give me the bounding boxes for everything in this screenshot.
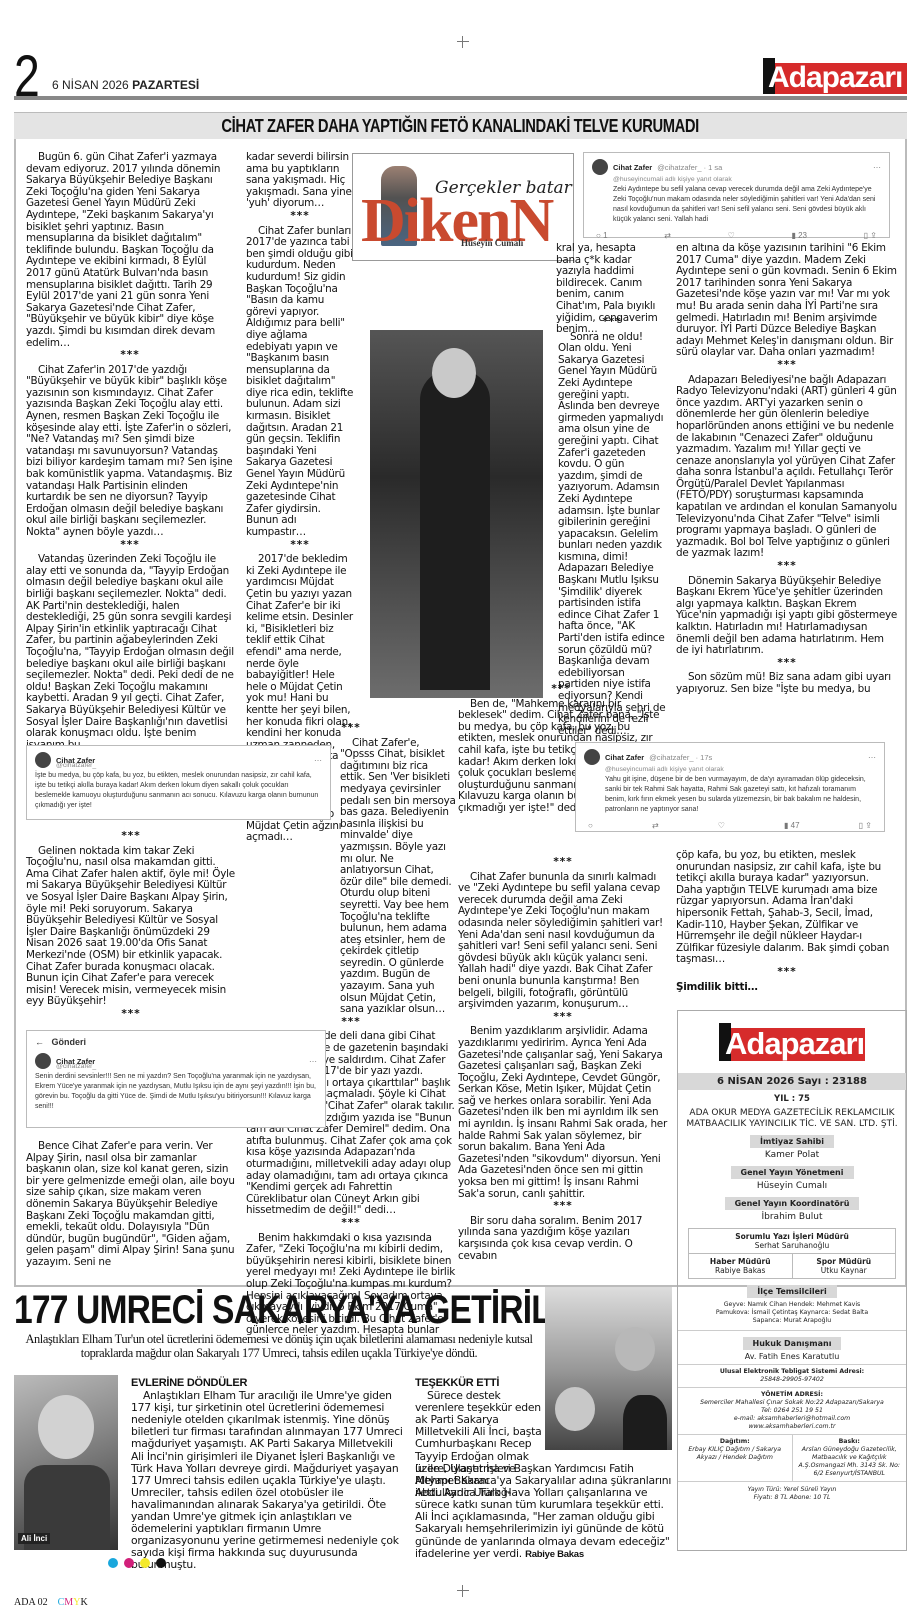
tweet-reply-to: @huseyincumali adlı kişiye yanıt olarak — [613, 176, 881, 183]
paragraph: Benim yazdıklarım arşivlidir. Adama yazd… — [458, 1026, 668, 1200]
legal-advisor: Av. Fatih Enes Karatutlu — [678, 1352, 906, 1361]
paragraph: Cihat Zafer'e, "Opsss Cihat, bisiklet da… — [246, 738, 456, 1016]
editor-name: Hüseyin Cumalı — [678, 1181, 906, 1191]
bookmark-share-icon: ▯ ⇪ — [864, 231, 877, 240]
paragraph: lu ile Diyanet İşleri Başkan Yardımcısı … — [415, 1463, 673, 1561]
column-1-bottom: Bence Cihat Zafer'e para verin. Ver Alpa… — [26, 1141, 236, 1269]
views-icon: ▮ 47 — [784, 821, 800, 830]
paragraph: Cihat Zafer bunları 2017'de yazınca tabi… — [246, 226, 354, 539]
publication-info: Yayın Türü: Yerel Süreli Yayın Fiyatı: 8… — [678, 1481, 906, 1502]
responsible-editor: Sorumlu Yazı İşleri Müdürü Serhat Saruha… — [688, 1228, 896, 1253]
like-icon: ♡ — [718, 821, 725, 830]
more-icon: ⋯ — [873, 163, 881, 172]
column-3-mid: *** Cihat Zafer bununla da sınırlı kalma… — [458, 856, 668, 1262]
umre-column-2-lower: lu ile Diyanet İşleri Başkan Yardımcısı … — [415, 1463, 673, 1561]
paragraph: Cihat Zafer bununla da sınırlı kalmadı v… — [458, 872, 668, 1011]
tweet-actions: ○ 1 ⇄ ♡ ▮ 23 ▯ ⇪ — [592, 231, 881, 240]
column-1-lower: *** Gelinen noktada kim takar Zeki Toçoğ… — [26, 830, 236, 1024]
photo-face — [555, 1387, 595, 1431]
tweet-handle: @cihatzafer_ — [56, 1063, 317, 1070]
label: Genel Yayın Yönetmeni — [731, 1166, 854, 1179]
umre-group-photo — [545, 1287, 672, 1450]
issue-date: 6 NİSAN 2026 Sayı : 23188 — [678, 1073, 906, 1090]
footer-ref: ADA 02 CMYK — [14, 1597, 88, 1608]
masthead-logo: Adapazarı — [763, 58, 907, 94]
umre-column-1: EVLERİNE DÖNDÜLER Anlaştıkları Elham Tur… — [131, 1377, 404, 1572]
weekday-text: PAZARTESİ — [132, 78, 199, 92]
company-name: ADA OKUR MEDYA GAZETECİLİK REKLAMCILIK M… — [686, 1108, 898, 1129]
post-header: ← Gönderi — [35, 1037, 317, 1047]
separator: *** — [246, 1218, 456, 1230]
column-4: en altına da köşe yazısının tarihini "6 … — [676, 243, 898, 696]
tweet-author: Cihat Zafer — [605, 753, 644, 762]
cmyk-m: M — [64, 1597, 73, 1608]
tweet-body: Zeki Aydıntepe bu sefil yalana cevap ver… — [613, 185, 881, 225]
separator: *** — [246, 1017, 456, 1029]
issue-year: YIL : 75 — [678, 1094, 906, 1104]
page-number: 2 — [14, 52, 40, 102]
black-dot — [156, 1558, 166, 1568]
avatar — [584, 749, 600, 765]
tweet-handle: @cihatzafer_ · 17s — [649, 753, 712, 762]
like-icon: ♡ — [728, 231, 735, 240]
owner-name: Kamer Polat — [678, 1150, 906, 1160]
label: Hukuk Danışmanı — [743, 1337, 842, 1350]
sports-manager: Spor MüdürüUtku Kaynar — [792, 1254, 896, 1278]
cyan-dot — [108, 1558, 118, 1568]
tweet-handle: @cihatzafer_ · 1 sa — [657, 163, 722, 172]
separator: *** — [246, 211, 354, 223]
back-arrow-icon: ← — [35, 1037, 44, 1047]
paragraph: Son sözüm mü! Biz sana adam gibi uyarı y… — [676, 672, 898, 695]
tweet-card-3: Cihat Zafer @cihatzafer_ · 17s ⋯ @huseyi… — [575, 742, 885, 832]
avatar — [35, 1053, 51, 1069]
paragraph: Dönemin Sakarya Büyükşehir Belediye Başk… — [676, 576, 898, 657]
retweet-icon: ⇄ — [664, 231, 671, 240]
paragraph: Bir soru daha soralım. Benim 2017 yılınd… — [458, 1216, 668, 1262]
paragraph: Cihat Zafer'in 2017'de yazdığı "Büyükşeh… — [26, 365, 234, 539]
separator: *** — [676, 658, 898, 670]
bookmark-share-icon: ▯ ⇪ — [859, 821, 872, 830]
coordinator-name: İbrahim Bulut — [678, 1212, 906, 1222]
paragraph: Vatandaş üzerinden Zeki Toçoğlu ile alay… — [26, 554, 234, 751]
section-title: TEŞEKKÜR ETTİ — [415, 1377, 543, 1389]
paragraph: en altına da köşe yazısının tarihini "6 … — [676, 243, 898, 359]
reply-icon: ○ — [588, 821, 593, 830]
ali-inci-photo — [14, 1375, 118, 1550]
byline: Rabiye Bakas — [525, 1549, 584, 1560]
article-headline: CİHAT ZAFER DAHA YAPTIĞIN FETÖ KANALINDA… — [222, 113, 699, 140]
news-manager: Haber MüdürüRabiye Bakas — [689, 1254, 792, 1278]
column-4-lower: çöp kafa, bu yoz, bu etikten, meslek onu… — [676, 850, 898, 993]
avatar — [35, 752, 51, 768]
tweet-author: Cihat Zafer — [613, 163, 652, 172]
crop-mark-top — [457, 36, 469, 48]
reply-icon: ○ 1 — [596, 231, 608, 240]
photo-face — [615, 1327, 655, 1371]
headline-bar: CİHAT ZAFER DAHA YAPTIĞIN FETÖ KANALINDA… — [14, 112, 907, 139]
photo-face — [38, 1395, 94, 1459]
tweet-header: Cihat Zafer @cihatzafer_ · 1 sa ⋯ — [592, 159, 881, 175]
logo-text: Adapazarı — [768, 62, 902, 94]
district-reps: Pamukova: İsmail Çetintaş Kaynarca: Seda… — [678, 1309, 906, 1317]
separator: *** — [458, 1012, 668, 1024]
umre-spot: Anlaştıkları Elham Tur'un otel ücretleri… — [14, 1332, 544, 1360]
photo-figure — [623, 1395, 667, 1450]
tweet-card-1: Cihat Zafer @cihatzafer_ · 1 sa ⋯ @husey… — [583, 152, 890, 238]
tweet-reply-to: @huseyincumali adlı kişiye yanıt olarak — [605, 766, 876, 773]
column-1: Bugün 6. gün Cihat Zafer'i yazmaya devam… — [26, 152, 234, 751]
tweet-header: Cihat Zafer @cihatzafer_ · 17s ⋯ — [584, 749, 876, 765]
views-icon: ▮ 23 — [791, 231, 807, 240]
separator: *** — [676, 967, 898, 979]
paragraph: Anlaştıkları Elham Tur aracılığı ile Umr… — [131, 1390, 404, 1571]
crop-mark-bottom — [457, 1585, 469, 1597]
district-reps: Geyve: Namık Cihan Hendek: Mehmet Kavis — [678, 1301, 906, 1309]
district-reps: Sapanca: Murat Arapoğlu — [678, 1317, 906, 1325]
umre-headline: 177 UMRECİ SAKARYA'YA GETİRİLDİ — [14, 1288, 583, 1332]
photo-face — [432, 348, 476, 398]
section-title: EVLERİNE DÖNDÜLER — [131, 1377, 404, 1389]
separator: *** — [26, 540, 234, 552]
managers-grid: Haber MüdürüRabiye Bakas Spor MüdürüUtku… — [688, 1253, 896, 1279]
separator: *** — [558, 317, 666, 329]
article-photo — [370, 330, 543, 698]
post-title: Gönderi — [52, 1037, 87, 1047]
paragraph: Adapazarı Belediyesi'ne bağlı Adapazarı … — [676, 375, 898, 561]
distribution: Dağıtım: Erbay KILIÇ Dağıtım / Sakarya A… — [678, 1435, 792, 1481]
logo-text: Adapazarı — [725, 1027, 864, 1061]
tweet-card-4: ← Gönderi Cihat Zafer ⋯ @cihatzafer_ Sen… — [26, 1030, 326, 1128]
distribution-print: Dağıtım: Erbay KILIÇ Dağıtım / Sakarya A… — [678, 1434, 906, 1481]
separator: *** — [26, 350, 234, 362]
paragraph: Bugün 6. gün Cihat Zafer'i yazmaya devam… — [26, 152, 234, 349]
tweet-body: Senin derdini sevsinler!!! Sen ne mi yaz… — [35, 1072, 317, 1112]
yellow-dot — [140, 1558, 150, 1568]
header-date: 6 NİSAN 2026 PAZARTESİ — [52, 78, 199, 92]
paragraph: Bence Cihat Zafer'e para verin. Ver Alpa… — [26, 1141, 236, 1269]
label: İlçe Temsilcileri — [747, 1285, 836, 1298]
photo-caption: Ali İnci — [18, 1533, 50, 1544]
header-rule — [14, 96, 907, 100]
paragraph: Gelinen noktada kim takar Zeki Toçoğlu'n… — [26, 846, 236, 1008]
separator: *** — [458, 684, 664, 696]
more-icon: ⋯ — [309, 1057, 317, 1066]
imprint-logo: Adapazarı — [719, 1023, 865, 1061]
cmyk-k: K — [80, 1597, 87, 1608]
magenta-dot — [124, 1558, 134, 1568]
separator: *** — [458, 857, 668, 869]
avatar — [592, 159, 608, 175]
printing: Baskı: Arslan Güneydoğu Gazetecilik, Mat… — [792, 1435, 907, 1481]
separator: *** — [26, 1009, 236, 1021]
photo-figure — [420, 370, 490, 690]
paragraph: çöp kafa, bu yoz, bu etikten, meslek onu… — [676, 850, 898, 966]
page-ref: ADA 02 — [14, 1597, 48, 1608]
management-address: YÖNETİM ADRESİ: Semerciler Mahallesi Çın… — [678, 1387, 906, 1431]
separator: *** — [676, 360, 898, 372]
separator: *** — [26, 831, 236, 843]
tweet-body: Yahu git işine, düşene bir de ben vurmay… — [605, 775, 876, 815]
signoff: Şimdilik bitti… — [676, 982, 898, 994]
paragraph: kadar severdi bilirsin ama bu yaptıkları… — [246, 152, 354, 210]
paragraph: Sonra ne oldu! Olan oldu. Yeni Sakarya G… — [558, 332, 666, 738]
date-text: 6 NİSAN 2026 — [52, 78, 129, 92]
separator: *** — [246, 723, 456, 735]
separator: *** — [246, 540, 354, 552]
separator: *** — [458, 1201, 668, 1213]
uets-section: Ulusal Elektronik Tebligat Sistemi Adres… — [678, 1364, 906, 1384]
separator: *** — [676, 561, 898, 573]
more-icon: ⋯ — [868, 753, 876, 762]
label: İmtiyaz Sahibi — [750, 1135, 834, 1148]
tweet-actions: ○ ⇄ ♡ ▮ 47 ▯ ⇪ — [584, 821, 876, 830]
label: Genel Yayın Koordinatörü — [725, 1197, 860, 1210]
imprint-box: Adapazarı 6 NİSAN 2026 Sayı : 23188 YIL … — [677, 1010, 907, 1551]
column-3: *** Sonra ne oldu! Olan oldu. Yeni Sakar… — [558, 316, 666, 737]
retweet-icon: ⇄ — [652, 821, 659, 830]
